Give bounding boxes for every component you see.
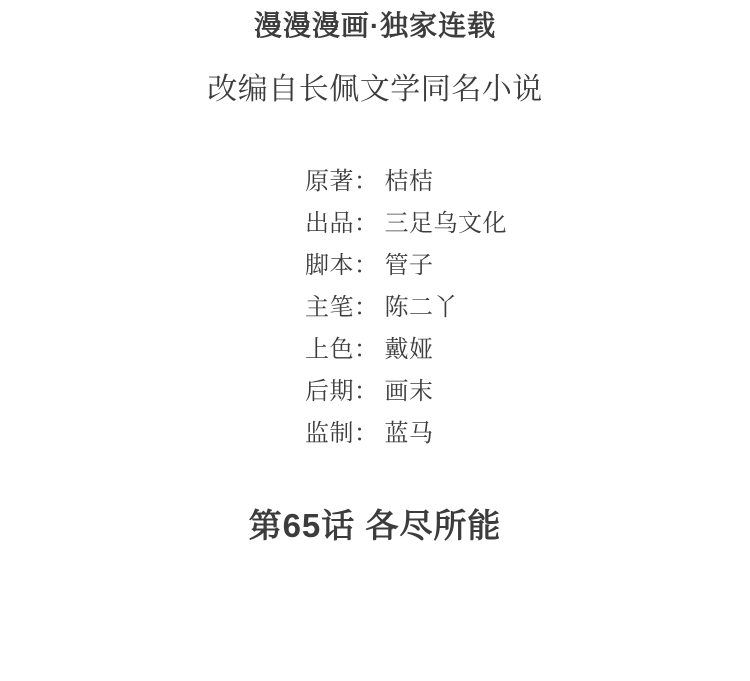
comic-credits-page: 漫漫漫画·独家连载 改编自长佩文学同名小说 原著：桔桔 出品：三足乌文化 脚本：… [0, 0, 750, 681]
credit-colon: ： [354, 287, 379, 322]
credit-colon: ： [354, 413, 379, 448]
credit-role: 原著 [305, 161, 354, 196]
credit-row: 原著：桔桔 [305, 157, 507, 199]
credit-name: 戴娅 [385, 329, 434, 364]
credit-row: 出品：三足乌文化 [305, 199, 507, 241]
chapter-title: 第65话 各尽所能 [0, 504, 750, 548]
adaptation-note: 改编自长佩文学同名小说 [0, 72, 750, 108]
credit-row: 主笔：陈二丫 [305, 283, 507, 325]
credit-colon: ： [354, 371, 379, 406]
credit-role: 上色 [305, 329, 354, 364]
credit-name: 画末 [385, 371, 434, 406]
credit-name: 蓝马 [385, 413, 434, 448]
credit-role: 监制 [305, 413, 354, 448]
credit-row: 脚本：管子 [305, 241, 507, 283]
credit-colon: ： [354, 161, 379, 196]
publisher-banner: 漫漫漫画·独家连载 [0, 9, 750, 43]
credit-role: 出品 [305, 203, 354, 238]
credit-name: 管子 [385, 245, 434, 280]
credit-role: 后期 [305, 371, 354, 406]
credit-colon: ： [354, 203, 379, 238]
credits-list: 原著：桔桔 出品：三足乌文化 脚本：管子 主笔：陈二丫 上色：戴娅 后期：画末 … [305, 157, 507, 451]
credit-row: 监制：蓝马 [305, 409, 507, 451]
credit-name: 陈二丫 [385, 287, 459, 322]
credit-row: 上色：戴娅 [305, 325, 507, 367]
credit-role: 脚本 [305, 245, 354, 280]
credit-name: 三足乌文化 [385, 203, 508, 238]
credit-role: 主笔 [305, 287, 354, 322]
credit-row: 后期：画末 [305, 367, 507, 409]
credit-colon: ： [354, 329, 379, 364]
credit-colon: ： [354, 245, 379, 280]
credit-name: 桔桔 [385, 161, 434, 196]
